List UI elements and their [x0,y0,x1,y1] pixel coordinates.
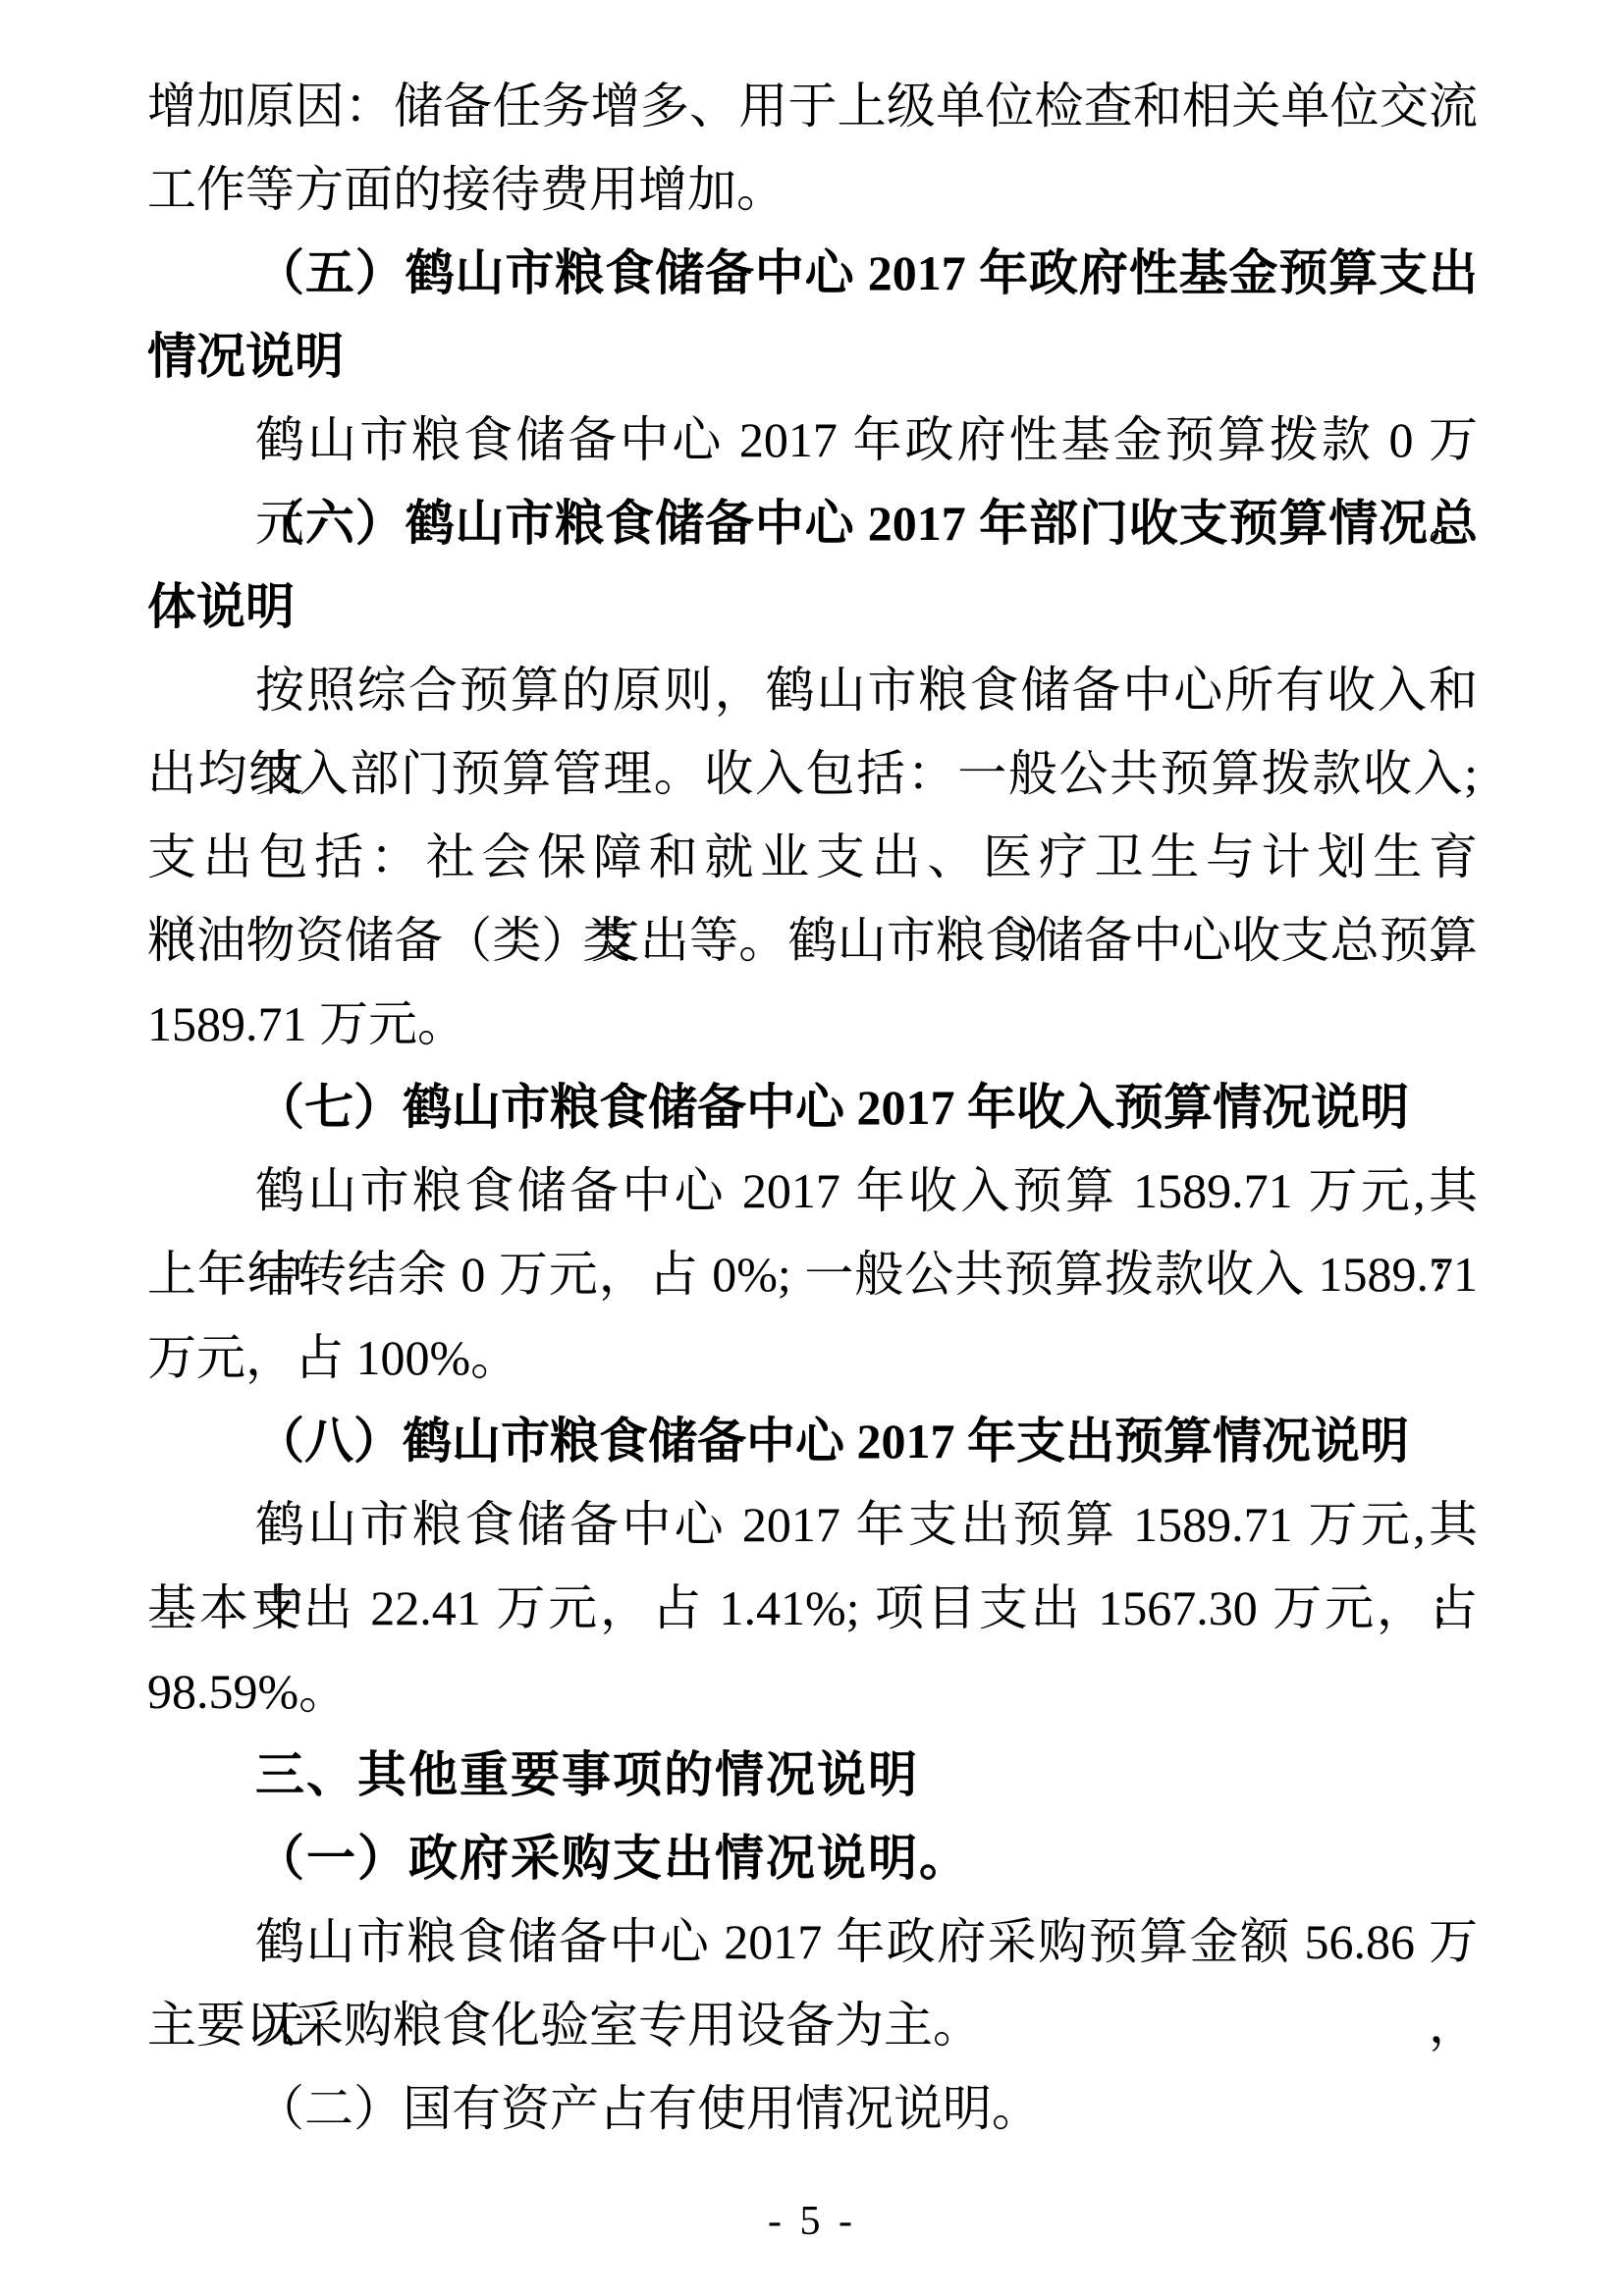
text-line: 支出包括：社会保障和就业支出、医疗卫生与计划生育（类）、 [147,816,1478,899]
document-body: 增加原因：储备任务增多、用于上级单位检查和相关单位交流工作等方面的接待费用增加。… [147,65,1478,2151]
text-line: 1589.71 万元。 [147,983,1478,1066]
text-line: （七）鹤山市粮食储备中心 2017 年收入预算情况说明 [147,1066,1478,1149]
text-line: 上年结转结余 0 万元，占 0%; 一般公共预算拨款收入 1589.71 [147,1233,1478,1316]
text-line: 出均纳入部门预算管理。收入包括：一般公共预算拨款收入; [147,732,1478,816]
text-line: 三、其他重要事项的情况说明 [147,1734,1478,1817]
text-line: 基本支出 22.41 万元，占 1.41%; 项目支出 1567.30 万元，占 [147,1567,1478,1650]
text-line: 鹤山市粮食储备中心 2017 年收入预算 1589.71 万元,其中： [147,1149,1478,1233]
text-line: 工作等方面的接待费用增加。 [147,148,1478,232]
text-line: 98.59%。 [147,1650,1478,1734]
text-line: 鹤山市粮食储备中心 2017 年政府采购预算金额 56.86 万元， [147,1900,1478,1984]
text-line: 万元，占 100%。 [147,1316,1478,1400]
text-line: （二）国有资产占有使用情况说明。 [147,2067,1478,2151]
text-line: （一）政府采购支出情况说明。 [147,1817,1478,1900]
text-line: （五）鹤山市粮食储备中心 2017 年政府性基金预算支出 [147,232,1478,315]
text-line: 增加原因：储备任务增多、用于上级单位检查和相关单位交流 [147,65,1478,148]
text-line: 按照综合预算的原则，鹤山市粮食储备中心所有收入和支 [147,649,1478,732]
text-line: （八）鹤山市粮食储备中心 2017 年支出预算情况说明 [147,1400,1478,1483]
text-line: 体说明 [147,565,1478,649]
text-line: 鹤山市粮食储备中心 2017 年支出预算 1589.71 万元,其中： [147,1483,1478,1567]
text-line: 粮油物资储备（类）支出等。鹤山市粮食储备中心收支总预算 [147,899,1478,983]
document-page: 增加原因：储备任务增多、用于上级单位检查和相关单位交流工作等方面的接待费用增加。… [0,0,1624,2296]
page-number: - 5 - [0,2197,1624,2246]
text-line: 鹤山市粮食储备中心 2017 年政府性基金预算拨款 0 万元。 [147,399,1478,482]
text-line: （六）鹤山市粮食储备中心 2017 年部门收支预算情况总 [147,482,1478,565]
text-line: 情况说明 [147,315,1478,399]
